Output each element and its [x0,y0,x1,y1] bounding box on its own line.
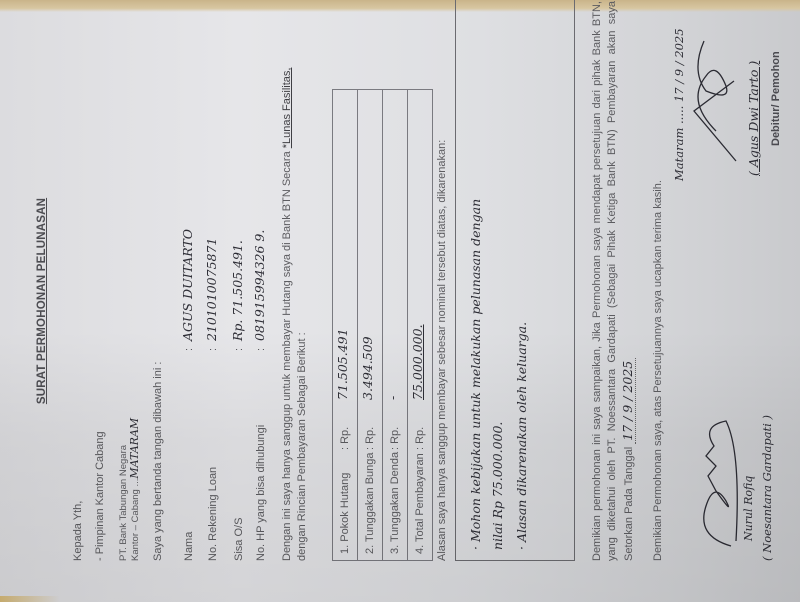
greeting: Kepada Yth, [72,501,84,561]
field-value: AGUS DUITARTO [180,229,195,341]
currency-label: : Rp. [414,427,426,450]
place-date: Mataram ..... 17 / 9 / 2025 [672,28,686,181]
statement-text-2: dengan Rincian Pembayaran Sebagai Beriku… [296,332,308,561]
table-row: 4. Total Pembayaran : Rp. 75.000.000. [408,90,433,560]
row-value: - [385,396,400,400]
field-label: No. Rekening Loan [207,351,219,561]
debitur-signature [686,21,746,171]
closing-text: Demikian permohonan ini saya sampaikan, … [591,1,635,561]
payment-date: 17 / 9 / 2025 [620,358,636,444]
reason-line: nilai Rp 75.000.000. [490,422,505,550]
statement-emphasis: *Lunas Fasilitas, [281,68,293,149]
currency-label: : Rp. [364,427,376,450]
recipient-line: - Pimpinan Kantor Cabang [94,431,106,561]
row-label: 4. Total Pembayaran [414,453,426,554]
field-label: Sisa O/S [233,351,245,561]
field-label: Nama [183,351,195,561]
currency-label: : Rp. [389,427,401,450]
intro-text: Saya yang bertanda tangan dibawah ini : [152,362,164,561]
branch-label: Kantor – Cabang ... [130,479,141,561]
payment-breakdown-table: 1. Pokok Hutang : Rp. 71.505.491 2. Tung… [332,89,433,561]
field-value: 2101010075871 [204,238,219,341]
closing-paragraph: Demikian permohonan ini saya sampaikan, … [590,1,637,561]
field-hp: No. HP yang bisa dihubungi:081915994326 … [252,230,267,561]
document-page: SURAT PERMOHONAN PELUNASAN Kepada Yth, -… [0,1,720,601]
field-sisa-os: Sisa O/S:Rp. 71.505.491. [230,240,245,561]
field-value: 081915994326 9. [252,230,267,341]
field-label: No. HP yang bisa dihubungi [255,351,267,561]
table-row: 1. Pokok Hutang : Rp. 71.505.491 [333,90,358,560]
debitur-role: Debitur/ Pemohon [770,51,782,146]
reason-line: · Alasan dikarenakan oleh keluarga. [514,322,529,550]
document-title: SURAT PERMOHONAN PELUNASAN [36,1,48,601]
row-value: 75.000.000. [410,324,425,400]
field-nama: Nama:AGUS DUITARTO [180,229,195,561]
reason-prompt: Alasan saya hanya sanggup membayar sebes… [436,140,448,561]
row-label: 3. Tunggakan Denda [389,452,401,554]
agency-name: ( Noesantara Gardapati ) [760,415,774,561]
reason-box: · Mohon kebijakan untuk melakukan peluna… [455,0,575,561]
statement-text: Dengan ini saya hanya sanggup untuk memb… [281,151,293,561]
branch-line: Kantor – Cabang ...MATARAM [128,418,141,561]
table-row: 3. Tunggakan Denda : Rp. - [383,90,408,560]
agency-signature [686,411,746,561]
field-rekening: No. Rekening Loan:2101010075871 [204,238,219,561]
row-value: 3.494.509 [360,336,375,400]
closing-thanks: Demikian Permohonan saya, atas Persetuju… [652,180,664,561]
row-value: 71.505.491 [335,328,350,400]
statement-paragraph: Dengan ini saya hanya sanggup untuk memb… [280,21,310,561]
currency-label: : Rp. [339,427,351,450]
branch-value: MATARAM [128,418,141,479]
agency-signer-name: Nurul Rofiq [742,476,755,541]
debitur-name: ( Agus Dwi Tarto ) [746,61,761,176]
table-row: 2. Tunggakan Bunga : Rp. 3.494.509 [358,90,383,560]
field-value: Rp. 71.505.491. [230,240,245,341]
row-label: 2. Tunggakan Bunga [364,452,376,554]
row-label: 1. Pokok Hutang [339,473,351,554]
reason-line: · Mohon kebijakan untuk melakukan peluna… [468,199,483,550]
